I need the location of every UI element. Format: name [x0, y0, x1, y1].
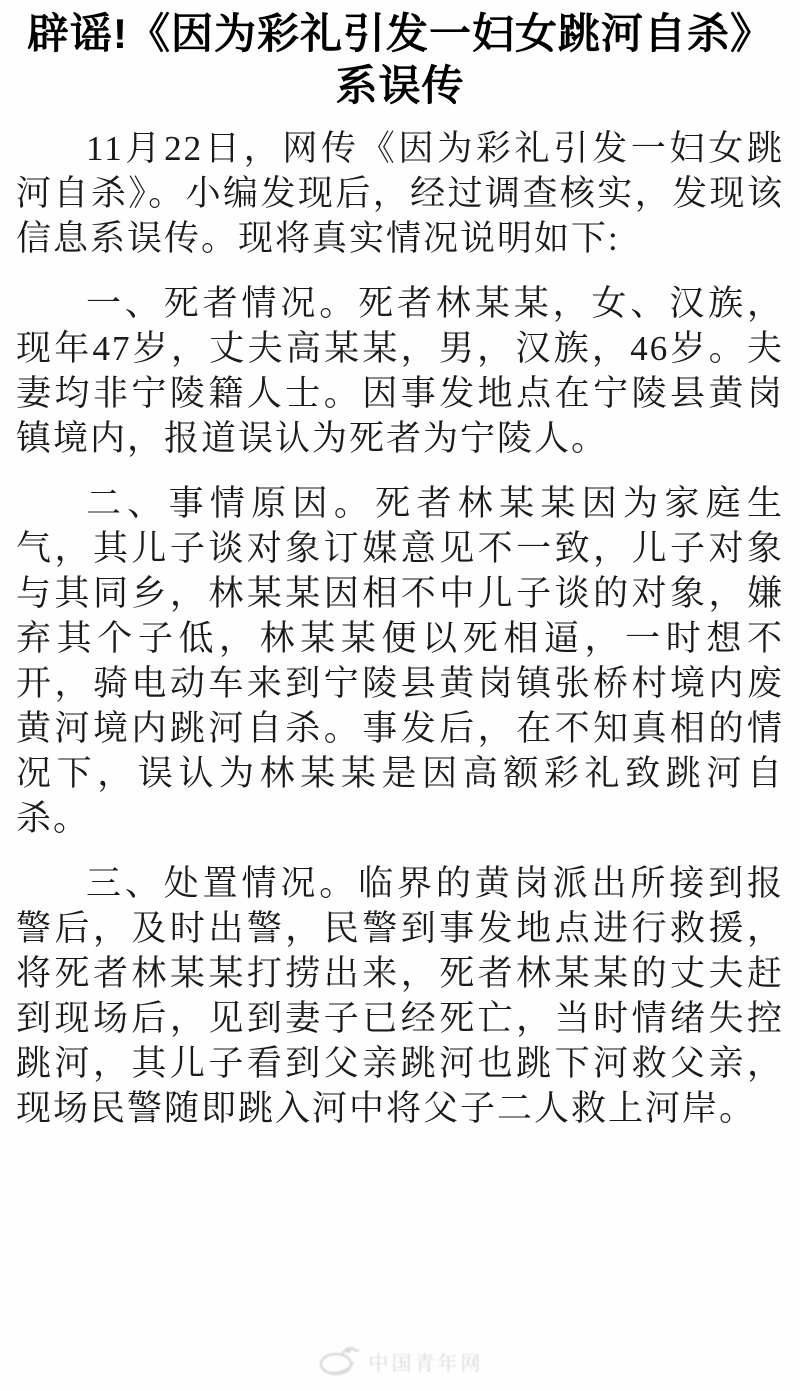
article-title-line-1: 辟谣!《因为彩礼引发一妇女跳河自杀》	[27, 10, 773, 57]
paragraph-section-1: 一、死者情况。死者林某某，女、汉族，现年47岁，丈夫高某某，男，汉族，46岁。夫…	[16, 281, 784, 461]
article-title-line-2: 系误传	[335, 62, 464, 109]
paragraph-section-3: 三、处置情况。临界的黄岗派出所接到报警后，及时出警，民警到事发地点进行救援，将死…	[16, 861, 784, 1131]
article-title: 辟谣!《因为彩礼引发一妇女跳河自杀》 系误传	[16, 8, 784, 112]
paragraph-section-2: 二、事情原因。死者林某某因为家庭生气，其儿子谈对象订媒意见不一致，儿子对象与其同…	[16, 481, 784, 841]
document-page: 辟谣!《因为彩礼引发一妇女跳河自杀》 系误传 11月22日，网传《因为彩礼引发一…	[0, 0, 800, 1391]
paragraph-intro: 11月22日，网传《因为彩礼引发一妇女跳河自杀》。小编发现后，经过调查核实，发现…	[16, 126, 784, 261]
article-body: 11月22日，网传《因为彩礼引发一妇女跳河自杀》。小编发现后，经过调查核实，发现…	[0, 126, 800, 1131]
watermark: 中国青年网	[0, 1344, 800, 1378]
watermark-logo-icon	[317, 1344, 361, 1378]
watermark-text: 中国青年网	[369, 1347, 484, 1376]
